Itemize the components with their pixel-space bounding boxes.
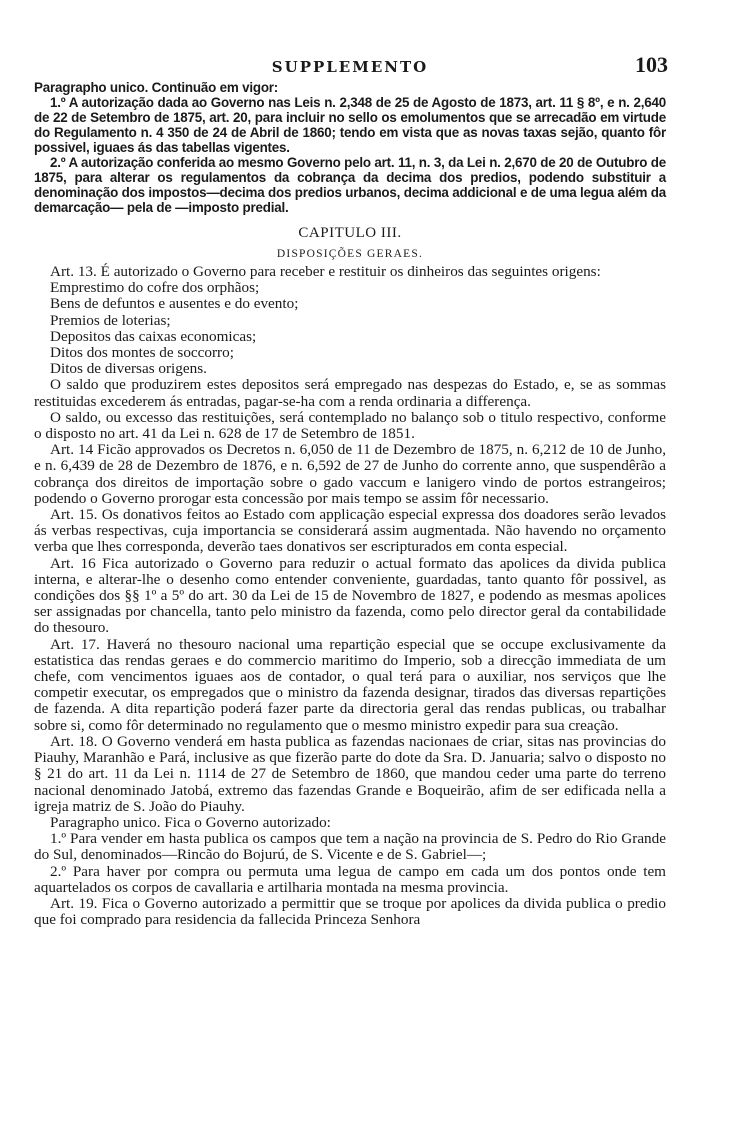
art18-paragraph-unico: Paragrapho unico. Fica o Governo autoriz… xyxy=(34,815,666,831)
art13-item: Ditos de diversas origens. xyxy=(34,361,666,377)
articles-section: Art. 13. É autorizado o Governo para rec… xyxy=(34,264,666,928)
art16: Art. 16 Fica autorizado o Governo para r… xyxy=(34,556,666,637)
art18-item-1: 1.º Para vender em hasta publica os camp… xyxy=(34,831,666,863)
running-title: SUPPLEMENTO xyxy=(34,58,666,76)
section-title: DISPOSIÇÕES GERAES. xyxy=(34,248,666,260)
paragraph-unico: Paragrapho unico. Continuão em vigor: xyxy=(34,80,666,95)
art18: Art. 18. O Governo venderá em hasta publ… xyxy=(34,734,666,815)
art13-item: Bens de defuntos e ausentes e do evento; xyxy=(34,296,666,312)
art17: Art. 17. Haverá no thesouro nacional uma… xyxy=(34,637,666,734)
art13-item: Depositos das caixas economicas; xyxy=(34,329,666,345)
intro-item-1: 1.º A autorização dada ao Governo nas Le… xyxy=(34,95,666,155)
page-number: 103 xyxy=(635,52,668,78)
art13-item: Ditos dos montes de soccorro; xyxy=(34,345,666,361)
intro-item-2: 2.º A autorização conferida ao mesmo Gov… xyxy=(34,155,666,215)
art13-item: Emprestimo do cofre dos orphãos; xyxy=(34,280,666,296)
art15: Art. 15. Os donativos feitos ao Estado c… xyxy=(34,507,666,556)
chapter-title: CAPITULO III. xyxy=(34,225,666,242)
art13-paragraph-1: O saldo que produzirem estes depositos s… xyxy=(34,377,666,409)
art19: Art. 19. Fica o Governo autorizado a per… xyxy=(34,896,666,928)
art13-intro: Art. 13. É autorizado o Governo para rec… xyxy=(34,264,666,280)
art13-item: Premios de loterias; xyxy=(34,313,666,329)
intro-section: Paragrapho unico. Continuão em vigor: 1.… xyxy=(34,80,666,215)
art18-item-2: 2.º Para haver por compra ou permuta uma… xyxy=(34,864,666,896)
document-page: SUPPLEMENTO 103 Paragrapho unico. Contin… xyxy=(34,58,666,928)
running-head: SUPPLEMENTO 103 xyxy=(34,58,666,80)
art14: Art. 14 Ficão approvados os Decretos n. … xyxy=(34,442,666,507)
art13-paragraph-2: O saldo, ou excesso das restituições, se… xyxy=(34,410,666,442)
